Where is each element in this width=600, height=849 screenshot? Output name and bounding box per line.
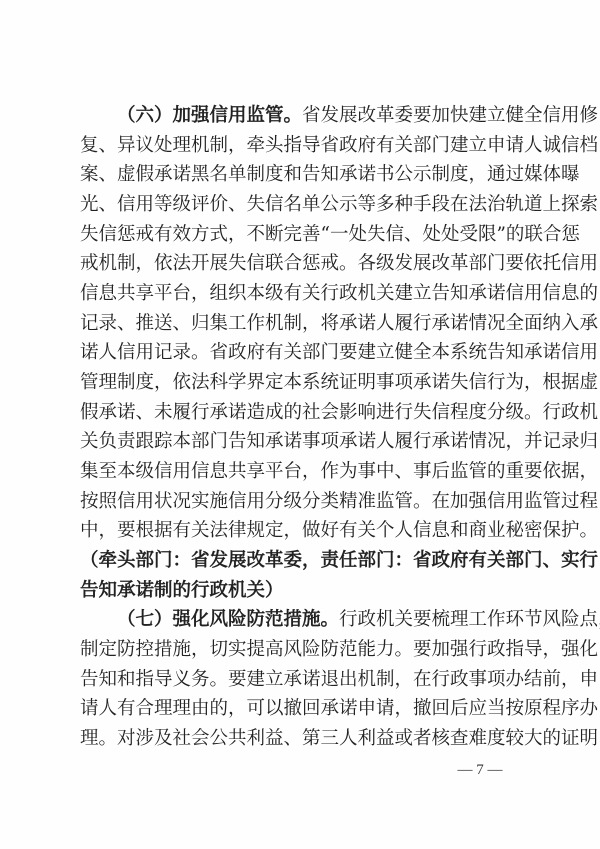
paragraph-line: （七）强化风险防范措施。行政机关要梳理工作环节风险点， (117, 608, 524, 632)
paragraph-line: 案、虚假承诺黑名单制度和告知承诺书公示制度，通过媒体曝 (80, 163, 524, 187)
paragraph-line: 制定防控措施，切实提高风险防范能力。要加强行政指导，强化 (80, 638, 524, 662)
paragraph-line: 请人有合理理由的，可以撤回承诺申请，撤回后应当按原程序办 (80, 697, 524, 721)
paragraph-line: 复、异议处理机制，牵头指导省政府有关部门建立申请人诚信档 (80, 134, 524, 158)
paragraph-line: 戒机制，依法开展失信联合惩戒。各级发展改革部门要依托信用 (80, 252, 524, 276)
page-number: — 7 — (448, 760, 512, 780)
paragraph-line: 管理制度，依法科学界定本系统证明事项承诺失信行为，根据虚 (80, 371, 524, 395)
responsible-departments-line: 告知承诺制的行政机关） (80, 579, 524, 603)
paragraph-line: 关负责跟踪本部门告知承诺事项承诺人履行承诺情况，并记录归 (80, 430, 524, 454)
paragraph-line: 按照信用状况实施信用分级分类精准监管。在加强信用监管过程 (80, 490, 524, 514)
responsible-departments-line: （牵头部门：省发展改革委，责任部门：省政府有关部门、实行 (80, 549, 524, 573)
document-page: （六）加强信用监管。省发展改革委要加快建立健全信用修 复、异议处理机制，牵头指导… (0, 0, 600, 849)
paragraph-line: 中，要根据有关法律规定，做好有关个人信息和商业秘密保护。 (80, 519, 524, 543)
paragraph-line: 假承诺、未履行承诺造成的社会影响进行失信程度分级。行政机 (80, 401, 524, 425)
section-heading-6: （六）加强信用监管。 (117, 105, 302, 126)
paragraph-line: 信息共享平台，组织本级有关行政机关建立告知承诺信用信息的 (80, 282, 524, 306)
paragraph-line: 告知和指导义务。要建立承诺退出机制，在行政事项办结前，申 (80, 668, 524, 692)
paragraph-line: 失信惩戒有效方式，不断完善“一处失信、处处受限”的联合惩 (80, 223, 524, 247)
paragraph-line: 理。对涉及社会公共利益、第三人利益或者核查难度较大的证明 (80, 727, 524, 751)
paragraph-line: 诺人信用记录。省政府有关部门要建立健全本系统告知承诺信用 (80, 341, 524, 365)
paragraph-line: （六）加强信用监管。省发展改革委要加快建立健全信用修 (117, 104, 524, 128)
section-heading-7: （七）强化风险防范措施。 (117, 609, 339, 630)
paragraph-line: 集至本级信用信息共享平台，作为事中、事后监管的重要依据， (80, 460, 524, 484)
paragraph-line: 记录、推送、归集工作机制，将承诺人履行承诺情况全面纳入承 (80, 312, 524, 336)
paragraph-line: 光、信用等级评价、失信名单公示等多种手段在法治轨道上探索 (80, 193, 524, 217)
